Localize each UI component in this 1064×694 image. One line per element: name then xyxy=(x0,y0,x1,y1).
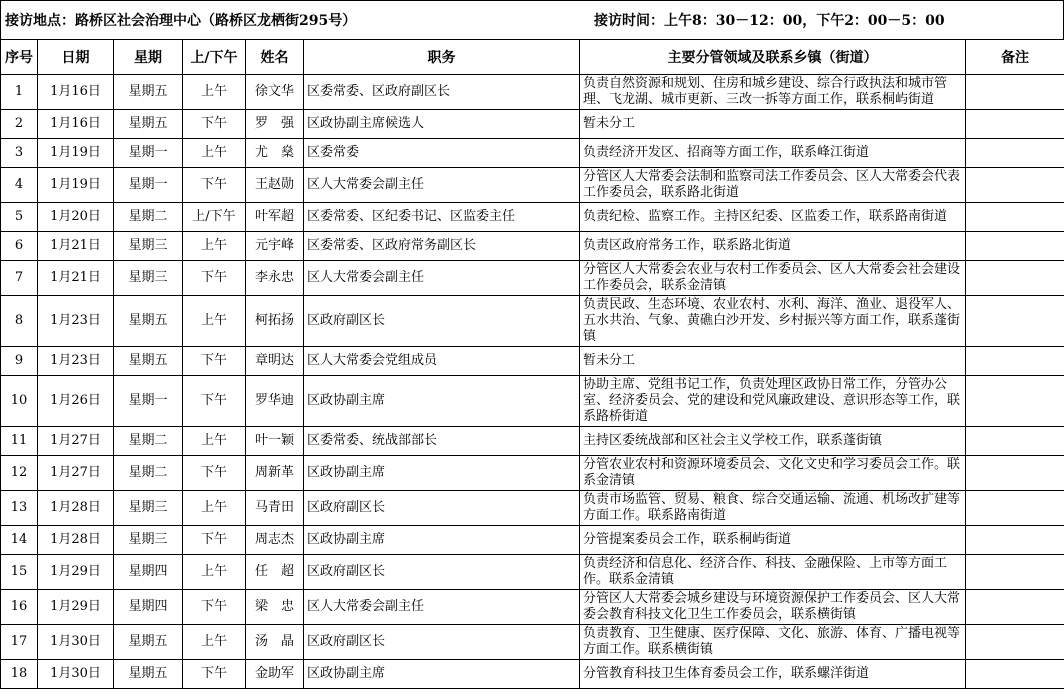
cell-session: 上午 xyxy=(183,296,246,347)
cell-no: 16 xyxy=(1,590,38,625)
cell-position: 区政协副主席候选人 xyxy=(304,110,580,139)
cell-weekday: 星期五 xyxy=(114,110,183,139)
cell-duties: 负责经济和信息化、经济合作、科技、金融保险、上市等方面工作。联系金清镇 xyxy=(580,555,966,590)
cell-position: 区委常委、区纪委书记、区监委主任 xyxy=(304,203,580,232)
cell-session: 下午 xyxy=(183,110,246,139)
cell-date: 1月29日 xyxy=(38,590,114,625)
cell-date: 1月30日 xyxy=(38,660,114,689)
cell-session: 下午 xyxy=(183,526,246,555)
cell-no: 3 xyxy=(1,139,38,168)
title-bar: 接访地点：路桥区社会治理中心（路桥区龙栖街295号） 接访时间：上午8：30－1… xyxy=(0,0,1064,39)
cell-session: 下午 xyxy=(183,590,246,625)
cell-position: 区委常委、统战部部长 xyxy=(304,427,580,456)
cell-remark xyxy=(966,110,1064,139)
table-row: 11 1月27日 星期二 上午 叶一颖 区委常委、统战部部长 主持区委统战部和区… xyxy=(1,427,1064,456)
cell-session: 下午 xyxy=(183,168,246,203)
cell-no: 5 xyxy=(1,203,38,232)
cell-session: 上午 xyxy=(183,625,246,660)
cell-remark xyxy=(966,376,1064,427)
cell-duties: 暂未分工 xyxy=(580,110,966,139)
table-row: 12 1月27日 星期二 下午 周新革 区政协副主席 分管农业农村和资源环境委员… xyxy=(1,456,1064,491)
cell-duties: 负责经济开发区、招商等方面工作，联系峰江街道 xyxy=(580,139,966,168)
cell-remark xyxy=(966,491,1064,526)
cell-no: 9 xyxy=(1,347,38,376)
cell-weekday: 星期二 xyxy=(114,456,183,491)
cell-name: 罗 强 xyxy=(246,110,304,139)
visit-schedule-page: 接访地点：路桥区社会治理中心（路桥区龙栖街295号） 接访时间：上午8：30－1… xyxy=(0,0,1064,694)
cell-position: 区政府副区长 xyxy=(304,296,580,347)
cell-duties: 负责教育、卫生健康、医疗保障、文化、旅游、体育、广播电视等方面工作。联系横街镇 xyxy=(580,625,966,660)
cell-remark xyxy=(966,168,1064,203)
cell-date: 1月21日 xyxy=(38,261,114,296)
cell-name: 尤 燊 xyxy=(246,139,304,168)
cell-weekday: 星期五 xyxy=(114,347,183,376)
visit-location-label: 接访地点：路桥区社会治理中心（路桥区龙栖街295号） xyxy=(5,10,356,30)
cell-position: 区政协副主席 xyxy=(304,526,580,555)
cell-position: 区政府副区长 xyxy=(304,491,580,526)
header-row: 序号 日期 星期 上/下午 姓名 职务 主要分管领域及联系乡镇（街道） 备注 xyxy=(1,40,1064,75)
cell-weekday: 星期五 xyxy=(114,296,183,347)
cell-session: 上午 xyxy=(183,232,246,261)
table-row: 6 1月21日 星期三 上午 元宇峰 区委常委、区政府常务副区长 负责区政府常务… xyxy=(1,232,1064,261)
col-header-name: 姓名 xyxy=(246,40,304,75)
table-row: 10 1月26日 星期一 下午 罗华迪 区政协副主席 协助主席、党组书记工作，负… xyxy=(1,376,1064,427)
cell-date: 1月30日 xyxy=(38,625,114,660)
cell-duties: 分管农业农村和资源环境委员会、文化文史和学习委员会工作。联系金清镇 xyxy=(580,456,966,491)
cell-duties: 暂未分工 xyxy=(580,347,966,376)
cell-no: 7 xyxy=(1,261,38,296)
cell-duties: 负责区政府常务工作，联系路北街道 xyxy=(580,232,966,261)
cell-weekday: 星期三 xyxy=(114,491,183,526)
cell-no: 4 xyxy=(1,168,38,203)
col-header-date: 日期 xyxy=(38,40,114,75)
cell-no: 11 xyxy=(1,427,38,456)
table-row: 9 1月23日 星期五 下午 章明达 区人大常委会党组成员 暂未分工 xyxy=(1,347,1064,376)
cell-date: 1月16日 xyxy=(38,75,114,110)
cell-session: 下午 xyxy=(183,347,246,376)
cell-remark xyxy=(966,139,1064,168)
cell-name: 元宇峰 xyxy=(246,232,304,261)
table-row: 2 1月16日 星期五 下午 罗 强 区政协副主席候选人 暂未分工 xyxy=(1,110,1064,139)
cell-name: 梁 忠 xyxy=(246,590,304,625)
table-row: 3 1月19日 星期一 上午 尤 燊 区委常委 负责经济开发区、招商等方面工作，… xyxy=(1,139,1064,168)
cell-weekday: 星期三 xyxy=(114,232,183,261)
cell-duties: 分管区人大常委会法制和监察司法工作委员会、区人大常委会代表工作委员会，联系路北街… xyxy=(580,168,966,203)
cell-position: 区政协副主席 xyxy=(304,376,580,427)
cell-remark xyxy=(966,232,1064,261)
cell-duties: 分管区人大常委会农业与农村工作委员会、区人大常委会社会建设工作委员会，联系金清镇 xyxy=(580,261,966,296)
cell-position: 区人大常委会党组成员 xyxy=(304,347,580,376)
cell-date: 1月19日 xyxy=(38,168,114,203)
cell-date: 1月23日 xyxy=(38,296,114,347)
col-header-weekday: 星期 xyxy=(114,40,183,75)
cell-date: 1月23日 xyxy=(38,347,114,376)
cell-duties: 负责自然资源和规划、住房和城乡建设、综合行政执法和城市管理、飞龙湖、城市更新、三… xyxy=(580,75,966,110)
cell-position: 区政协副主席 xyxy=(304,660,580,689)
cell-session: 上/下午 xyxy=(183,203,246,232)
cell-name: 章明达 xyxy=(246,347,304,376)
cell-no: 18 xyxy=(1,660,38,689)
cell-weekday: 星期一 xyxy=(114,168,183,203)
cell-session: 下午 xyxy=(183,660,246,689)
cell-weekday: 星期五 xyxy=(114,75,183,110)
cell-no: 12 xyxy=(1,456,38,491)
cell-name: 马青田 xyxy=(246,491,304,526)
cell-weekday: 星期四 xyxy=(114,555,183,590)
cell-duties: 主持区委统战部和区社会主义学校工作，联系蓬街镇 xyxy=(580,427,966,456)
cell-weekday: 星期二 xyxy=(114,427,183,456)
cell-weekday: 星期三 xyxy=(114,261,183,296)
cell-remark xyxy=(966,296,1064,347)
cell-remark xyxy=(966,660,1064,689)
cell-position: 区委常委、区政府副区长 xyxy=(304,75,580,110)
cell-date: 1月27日 xyxy=(38,427,114,456)
cell-position: 区人大常委会副主任 xyxy=(304,261,580,296)
cell-date: 1月28日 xyxy=(38,491,114,526)
table-row: 1 1月16日 星期五 上午 徐文华 区委常委、区政府副区长 负责自然资源和规划… xyxy=(1,75,1064,110)
cell-no: 1 xyxy=(1,75,38,110)
table-header: 序号 日期 星期 上/下午 姓名 职务 主要分管领域及联系乡镇（街道） 备注 xyxy=(1,40,1064,75)
cell-name: 叶一颖 xyxy=(246,427,304,456)
table-row: 14 1月28日 星期三 下午 周志杰 区政协副主席 分管提案委员会工作，联系桐… xyxy=(1,526,1064,555)
cell-weekday: 星期一 xyxy=(114,139,183,168)
cell-weekday: 星期四 xyxy=(114,590,183,625)
cell-position: 区政府副区长 xyxy=(304,625,580,660)
cell-no: 17 xyxy=(1,625,38,660)
cell-no: 10 xyxy=(1,376,38,427)
cell-name: 李永忠 xyxy=(246,261,304,296)
cell-name: 任 超 xyxy=(246,555,304,590)
table-row: 13 1月28日 星期三 上午 马青田 区政府副区长 负责市场监管、贸易、粮食、… xyxy=(1,491,1064,526)
cell-duties: 负责市场监管、贸易、粮食、综合交通运输、流通、机场改扩建等方面工作。联系路南街道 xyxy=(580,491,966,526)
cell-name: 周新革 xyxy=(246,456,304,491)
cell-remark xyxy=(966,456,1064,491)
visit-schedule-table: 序号 日期 星期 上/下午 姓名 职务 主要分管领域及联系乡镇（街道） 备注 1… xyxy=(0,39,1064,689)
cell-date: 1月16日 xyxy=(38,110,114,139)
table-row: 16 1月29日 星期四 下午 梁 忠 区人大常委会副主任 分管区人大常委会城乡… xyxy=(1,590,1064,625)
cell-position: 区人大常委会副主任 xyxy=(304,168,580,203)
cell-no: 15 xyxy=(1,555,38,590)
cell-date: 1月19日 xyxy=(38,139,114,168)
cell-duties: 分管教育科技卫生体育委员会工作，联系螺洋街道 xyxy=(580,660,966,689)
table-row: 7 1月21日 星期三 下午 李永忠 区人大常委会副主任 分管区人大常委会农业与… xyxy=(1,261,1064,296)
cell-weekday: 星期二 xyxy=(114,203,183,232)
cell-session: 上午 xyxy=(183,75,246,110)
cell-name: 徐文华 xyxy=(246,75,304,110)
cell-weekday: 星期五 xyxy=(114,660,183,689)
cell-duties: 负责民政、生态环境、农业农村、水利、海洋、渔业、退役军人、五水共治、气象、黄礁白… xyxy=(580,296,966,347)
col-header-session: 上/下午 xyxy=(183,40,246,75)
cell-position: 区委常委 xyxy=(304,139,580,168)
cell-no: 6 xyxy=(1,232,38,261)
table-row: 18 1月30日 星期五 下午 金助军 区政协副主席 分管教育科技卫生体育委员会… xyxy=(1,660,1064,689)
cell-duties: 分管提案委员会工作，联系桐屿街道 xyxy=(580,526,966,555)
cell-session: 上午 xyxy=(183,491,246,526)
cell-no: 14 xyxy=(1,526,38,555)
col-header-position: 职务 xyxy=(304,40,580,75)
cell-session: 上午 xyxy=(183,427,246,456)
cell-position: 区委常委、区政府常务副区长 xyxy=(304,232,580,261)
cell-session: 下午 xyxy=(183,376,246,427)
cell-date: 1月21日 xyxy=(38,232,114,261)
table-row: 4 1月19日 星期一 下午 王赵勋 区人大常委会副主任 分管区人大常委会法制和… xyxy=(1,168,1064,203)
cell-session: 下午 xyxy=(183,261,246,296)
table-body: 1 1月16日 星期五 上午 徐文华 区委常委、区政府副区长 负责自然资源和规划… xyxy=(1,75,1064,689)
cell-remark xyxy=(966,427,1064,456)
table-row: 15 1月29日 星期四 上午 任 超 区政府副区长 负责经济和信息化、经济合作… xyxy=(1,555,1064,590)
cell-weekday: 星期一 xyxy=(114,376,183,427)
cell-remark xyxy=(966,625,1064,660)
cell-remark xyxy=(966,590,1064,625)
table-row: 17 1月30日 星期五 上午 汤 晶 区政府副区长 负责教育、卫生健康、医疗保… xyxy=(1,625,1064,660)
cell-weekday: 星期五 xyxy=(114,625,183,660)
cell-position: 区政协副主席 xyxy=(304,456,580,491)
cell-date: 1月26日 xyxy=(38,376,114,427)
cell-duties: 协助主席、党组书记工作，负责处理区政协日常工作，分管办公室、经济委员会、党的建设… xyxy=(580,376,966,427)
cell-name: 周志杰 xyxy=(246,526,304,555)
cell-date: 1月28日 xyxy=(38,526,114,555)
cell-session: 上午 xyxy=(183,139,246,168)
cell-name: 叶军超 xyxy=(246,203,304,232)
cell-session: 下午 xyxy=(183,456,246,491)
table-row: 8 1月23日 星期五 上午 柯拓扬 区政府副区长 负责民政、生态环境、农业农村… xyxy=(1,296,1064,347)
cell-position: 区人大常委会副主任 xyxy=(304,590,580,625)
table-row: 5 1月20日 星期二 上/下午 叶军超 区委常委、区纪委书记、区监委主任 负责… xyxy=(1,203,1064,232)
visit-time-label: 接访时间：上午8：30－12：00，下午2：00－5：00 xyxy=(594,10,945,30)
cell-name: 王赵勋 xyxy=(246,168,304,203)
cell-remark xyxy=(966,526,1064,555)
cell-remark xyxy=(966,347,1064,376)
cell-no: 13 xyxy=(1,491,38,526)
col-header-no: 序号 xyxy=(1,40,38,75)
cell-weekday: 星期三 xyxy=(114,526,183,555)
cell-remark xyxy=(966,555,1064,590)
cell-position: 区政府副区长 xyxy=(304,555,580,590)
col-header-duties: 主要分管领域及联系乡镇（街道） xyxy=(580,40,966,75)
cell-name: 金助军 xyxy=(246,660,304,689)
cell-name: 罗华迪 xyxy=(246,376,304,427)
cell-session: 上午 xyxy=(183,555,246,590)
cell-name: 汤 晶 xyxy=(246,625,304,660)
cell-date: 1月20日 xyxy=(38,203,114,232)
cell-remark xyxy=(966,203,1064,232)
cell-no: 8 xyxy=(1,296,38,347)
cell-remark xyxy=(966,261,1064,296)
cell-date: 1月29日 xyxy=(38,555,114,590)
cell-duties: 分管区人大常委会城乡建设与环境资源保护工作委员会、区人大常委会教育科技文化卫生工… xyxy=(580,590,966,625)
cell-date: 1月27日 xyxy=(38,456,114,491)
col-header-remark: 备注 xyxy=(966,40,1064,75)
cell-duties: 负责纪检、监察工作。主持区纪委、区监委工作，联系路南街道 xyxy=(580,203,966,232)
cell-no: 2 xyxy=(1,110,38,139)
cell-name: 柯拓扬 xyxy=(246,296,304,347)
cell-remark xyxy=(966,75,1064,110)
